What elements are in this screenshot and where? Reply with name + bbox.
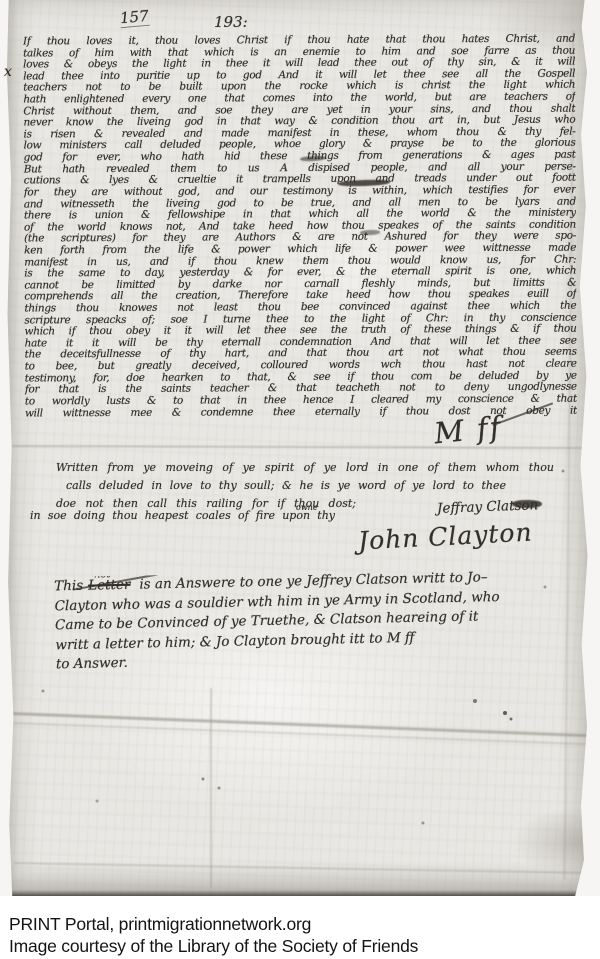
- struck-word: notLetter: [88, 577, 131, 594]
- annotation-lines: Clayton who was a souldier wth him in ye…: [54, 586, 566, 675]
- margin-mark: x: [4, 64, 12, 80]
- fell-initials-signature: M ff: [432, 410, 504, 451]
- reply-line-1: Written from ye moveing of ye spirit of …: [56, 461, 554, 475]
- reply-line-4: in soe doing thou heapest coales of fire…: [30, 509, 335, 523]
- image-caption: PRINT Portal, printmigrationnetwork.org …: [0, 896, 600, 959]
- caption-portal-line: PRINT Portal, printmigrationnetwork.org: [9, 913, 600, 935]
- page-number-right: 193:: [214, 13, 248, 31]
- ink-specks: [4, 0, 6, 2]
- manuscript-scan-page: { "scan": { "page_number_left": "157", "…: [0, 0, 600, 959]
- page-number-left: 157: [119, 7, 149, 28]
- caption-courtesy-line: Image courtesy of the Library of the Soc…: [9, 935, 600, 957]
- fold-line-vertical-1: [210, 688, 212, 888]
- annotation-word-this: This: [54, 578, 83, 595]
- reply-line-2: calls deluded in love to thy soull; & he…: [66, 479, 506, 493]
- annotation-block: ThisnotLetteris an Answere to one ye Jef…: [54, 567, 566, 675]
- letter-body: If thou loves it, thou loves Christ if t…: [23, 34, 577, 420]
- inserted-word-owne: owne: [296, 503, 318, 512]
